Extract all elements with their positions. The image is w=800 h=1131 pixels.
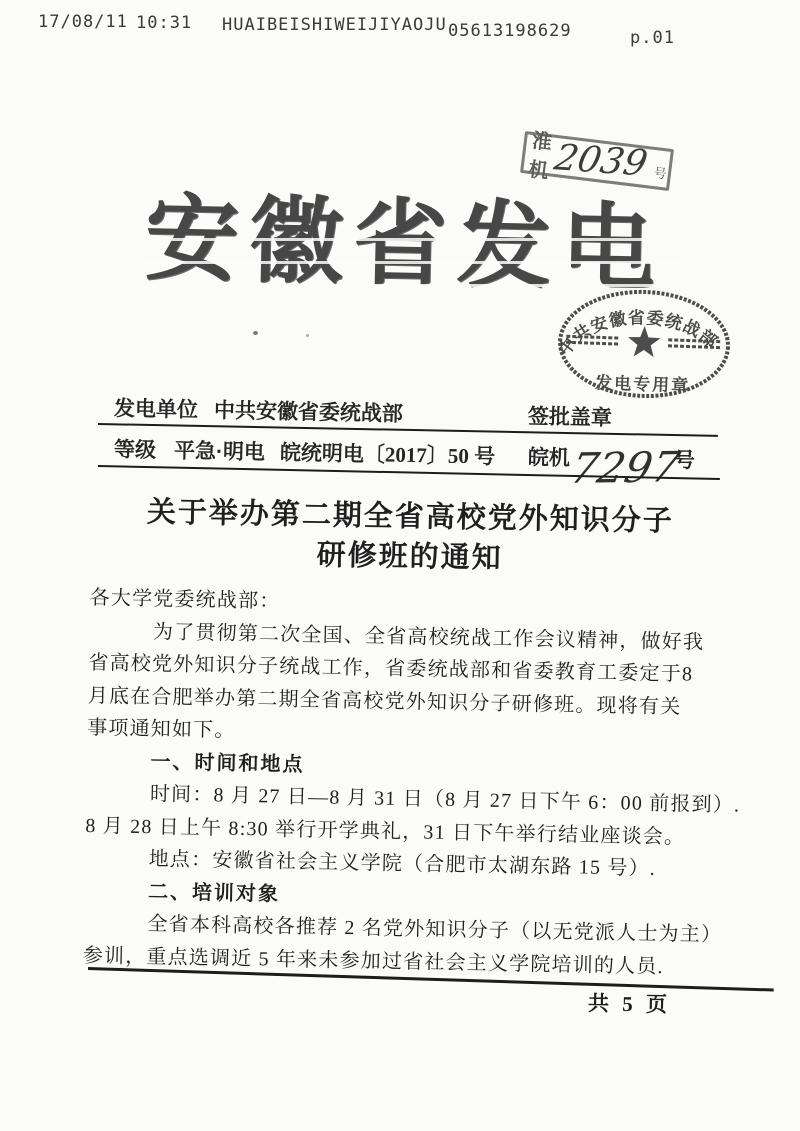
scan-streak <box>140 261 685 264</box>
sign-stamp-label: 签批盖章 <box>528 400 613 432</box>
notice-title: 关于举办第二期全省高校党外知识分子 研修班的通知 <box>9 490 800 584</box>
unit-value: 中共安徽省委统战部 <box>214 394 404 428</box>
fax-station-id: HUAIBEISHIWEIJIYAOJU <box>222 15 447 35</box>
unit-label: 发电单位 <box>114 392 199 424</box>
document-number: 皖统明电〔2017〕50 号 <box>280 436 496 470</box>
machine-number-suffix: 号 <box>674 444 696 474</box>
notice-body: 各大学党委统战部： 为了贯彻第二次全国、全省高校统战工作会议精神，做好我 省高校… <box>83 582 750 985</box>
fax-date: 17/08/11 <box>38 12 128 32</box>
fax-number: 05613198629 <box>448 21 572 41</box>
scan-artifact <box>253 331 258 335</box>
info-table-row-grade: 等级 平急·明电 皖统明电〔2017〕50 号 皖机 7297 号 <box>98 433 758 476</box>
fax-page-number: p.01 <box>630 28 675 48</box>
star-icon <box>627 325 660 357</box>
registry-stamp-handwritten-number: 2039 <box>551 140 650 182</box>
registry-number-stamp: 淮机 2039 号 <box>520 131 674 191</box>
seal-left-bar <box>566 336 620 338</box>
page-count: 共 5 页 <box>588 987 672 1018</box>
scanned-fax-page: 17/08/11 10:31 HUAIBEISHIWEIJIYAOJU 0561… <box>0 0 800 1131</box>
machine-label: 皖机 <box>528 441 571 472</box>
seal-arc-text: 中共安徽省委统战部 <box>554 304 723 364</box>
fax-time: 10:31 <box>136 13 192 33</box>
scan-artifact <box>306 334 309 337</box>
machine-handwritten-number: 7297 <box>567 442 684 492</box>
seal-right-bar <box>668 346 722 348</box>
seal-right-bar <box>668 340 722 342</box>
seal-bottom-text: 发电专用章 <box>594 372 691 395</box>
grade-value: 平急·明电 <box>174 434 266 466</box>
seal-left-bar <box>566 342 620 344</box>
grade-label: 等级 <box>114 433 157 464</box>
registry-stamp-suffix: 号 <box>653 162 668 182</box>
official-seal: 中共安徽省委统战部 发电专用章 <box>548 277 742 416</box>
scan-streak <box>140 238 685 241</box>
